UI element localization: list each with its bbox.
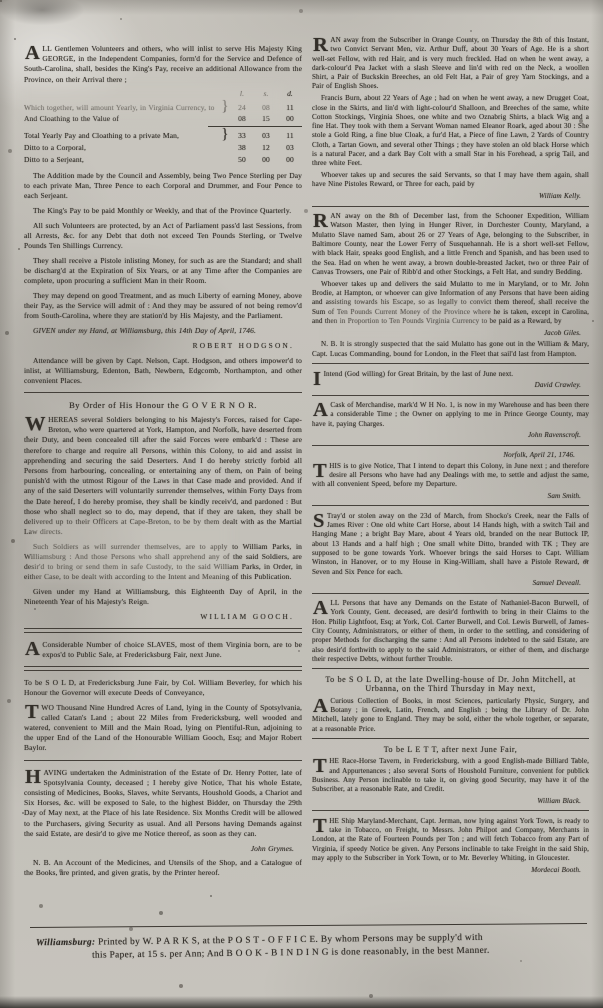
pay-amount-d: 00: [278, 114, 302, 124]
section-divider: [312, 445, 589, 446]
section-divider: [312, 593, 589, 594]
drop-cap: S: [312, 512, 327, 529]
drop-cap: A: [24, 640, 42, 657]
ad-text: All such Volunteers are protected, by an…: [24, 221, 302, 250]
drop-cap: H: [24, 768, 44, 785]
signature: William Black.: [312, 797, 589, 806]
pay-table-label: Which together, will amount Yearly, in V…: [24, 103, 220, 113]
ad-text: LL Gentlemen Volunteers and others, who …: [24, 44, 302, 84]
ad-text: Sam Smith.: [548, 492, 581, 500]
ad-text: Norfolk, April 21, 1746.: [503, 451, 575, 459]
ad-text: Intend (God willing) for Great Britain, …: [324, 370, 514, 378]
ad-text: AN away from the Subscriber in Orange Co…: [312, 36, 589, 90]
ad-text: Whoever takes up and delivers the said M…: [312, 280, 589, 325]
ad-text: WO Thousand Nine Hundred Acres of Land, …: [24, 703, 302, 753]
ad-text: Curious Collection of Books, in most Sci…: [312, 697, 589, 733]
drop-cap: A: [312, 401, 330, 418]
ad-text: Francis Burn, about 22 Years of Age ; ha…: [312, 94, 589, 167]
pay-amount-d: 11: [278, 103, 302, 113]
section-divider: [24, 760, 302, 761]
imprint: Williamsburg: Printed by W. P A R K S, a…: [22, 931, 588, 963]
ad-paragraph: The Addition made by the Council and Ass…: [24, 171, 302, 202]
ad-paragraph: They may depend on good Treatment, and a…: [24, 291, 302, 322]
signature: Jacob Giles.: [312, 329, 589, 338]
section-divider: [24, 392, 302, 393]
ad-text: Jacob Giles.: [544, 329, 581, 337]
signature: John Grymes.: [24, 844, 302, 854]
ad-text: N. B. It is strongly suspected that the …: [312, 340, 589, 357]
signature: Mordecai Booth.: [312, 866, 589, 875]
ad-text: N. B. An Account of the Medicines, and U…: [24, 858, 302, 877]
drop-cap: A: [312, 697, 330, 714]
ad-text: HE Ship Maryland-Merchant, Capt. Jerman,…: [312, 817, 589, 862]
brace-glyph: }: [220, 129, 230, 139]
ad-paragraph: A Curious Collection of Books, in most S…: [312, 697, 589, 734]
ad-text: Whoever takes up and secures the said Se…: [312, 171, 589, 188]
ad-text: Samuel Deveall.: [533, 579, 581, 587]
signature: ROBERT HODGSON.: [24, 341, 302, 351]
ad-text: ROBERT HODGSON.: [193, 341, 294, 350]
ad-paragraph: I Intend (God willing) for Great Britain…: [312, 370, 589, 379]
drop-cap: A: [24, 44, 42, 61]
ad-paragraph: Whoever takes up and delivers the said M…: [312, 280, 589, 326]
ad-text: Cask of Merchandise, mark'd W H No. 1, i…: [312, 401, 589, 428]
ad-text: HIS is to give Notice, That I intend to …: [312, 462, 589, 489]
ad-paragraph: A Cask of Merchandise, mark'd W H No. 1,…: [312, 401, 589, 429]
pay-amount-s: 15: [254, 114, 278, 124]
ad-text: The Addition made by the Council and Ass…: [24, 171, 302, 200]
ad-paragraph: To be S O L D, at Fredericksburg June Fa…: [24, 678, 302, 698]
scanned-newspaper-page: ALL Gentlemen Volunteers and others, who…: [0, 0, 603, 1008]
pay-table-row: And Cloathing to the Value of081500: [24, 114, 302, 124]
ad-paragraph: RAN away on the 8th of December last, fr…: [312, 212, 589, 277]
ad-text: To be S O L D, at Fredericksburg June Fa…: [24, 678, 302, 697]
ad-text: Mordecai Booth.: [531, 866, 581, 874]
brace-glyph: }: [220, 101, 230, 111]
pay-table-label: Ditto to a Corporal,: [24, 143, 220, 153]
ad-paragraph: They shall receive a Pistole inlisting M…: [24, 256, 302, 287]
column-left: ALL Gentlemen Volunteers and others, who…: [24, 44, 302, 928]
ad-paragraph: N. B. An Account of the Medicines, and U…: [24, 858, 302, 878]
ad-paragraph: Whoever takes up and secures the said Se…: [312, 171, 589, 190]
ad-paragraph: TWO Thousand Nine Hundred Acres of Land,…: [24, 703, 302, 754]
unit-label: s.: [254, 89, 278, 99]
ad-text: William Kelly.: [539, 192, 581, 200]
ad-paragraph: ALL Gentlemen Volunteers and others, who…: [24, 44, 302, 85]
drop-cap: T: [312, 817, 329, 834]
imprint-city: Williamsburg:: [36, 938, 96, 949]
ad-text: They shall receive a Pistole inlisting M…: [24, 256, 302, 285]
pay-amount-l: 24: [230, 103, 254, 113]
ad-paragraph: A Considerable Number of choice SLAVES, …: [24, 640, 302, 660]
section-divider: [312, 810, 589, 811]
ad-text: To be S O L D, at the late Dwelling-hous…: [325, 675, 575, 693]
ad-text: They may depend on good Treatment, and a…: [24, 291, 302, 320]
ad-text: By Order of His Honour the G O V E R N O…: [69, 400, 257, 410]
pay-amount-l: 08: [230, 114, 254, 124]
ad-text: John Ravenscroft.: [528, 431, 581, 439]
pay-amount-s: 12: [254, 143, 278, 153]
pay-table-label: And Cloathing to the Value of: [24, 114, 220, 124]
ad-text: GIVEN under my Hand, at Williamsburg, th…: [33, 326, 256, 335]
drop-cap: A: [312, 599, 330, 616]
pay-amount-l: 33: [230, 131, 254, 141]
pay-table-row: Total Yearly Pay and Cloathing to a priv…: [24, 129, 302, 141]
ad-paragraph: All such Volunteers are protected, by an…: [24, 221, 302, 252]
pay-amount-l: 38: [230, 143, 254, 153]
ad-text: Considerable Number of choice SLAVES, mo…: [42, 640, 302, 659]
section-divider: [312, 363, 589, 364]
signature: Sam Smith.: [312, 492, 589, 501]
drop-cap: T: [312, 462, 329, 479]
pay-table: l.s.d.Which together, will amount Yearly…: [24, 89, 302, 165]
pay-amount-d: 03: [278, 143, 302, 153]
ad-paragraph: HAVING undertaken the Administration of …: [24, 768, 302, 839]
ad-paragraph: Such Soldiers as will surrender themselv…: [24, 542, 302, 583]
ad-paragraph: The King's Pay to be paid Monthly or Wee…: [24, 206, 302, 216]
ad-paragraph: THE Race-Horse Tavern, in Fredericksburg…: [312, 757, 589, 794]
ad-paragraph: GIVEN under my Hand, at Williamsburg, th…: [24, 326, 302, 336]
ad-heading: By Order of His Honour the G O V E R N O…: [24, 400, 302, 410]
drop-cap: T: [24, 703, 41, 720]
pay-table-unit-header: l.s.d.: [24, 89, 302, 99]
section-divider: [312, 395, 589, 396]
ad-text: AN away on the 8th of December last, fro…: [312, 212, 589, 276]
ad-text: WILLIAM GOOCH.: [200, 612, 294, 621]
pay-amount-d: 00: [278, 155, 302, 165]
drop-cap: T: [312, 757, 329, 774]
section-divider: [312, 206, 589, 207]
ad-paragraph: ALL Persons that have any Demands on the…: [312, 599, 589, 664]
ad-text: The King's Pay to be paid Monthly or Wee…: [33, 206, 291, 215]
column-right: RAN away from the Subscriber in Orange C…: [312, 36, 589, 920]
section-divider: [312, 738, 589, 739]
ad-text: John Grymes.: [251, 844, 294, 853]
ad-heading: To be L E T T, after next June Fair,: [312, 745, 589, 754]
pay-table-label: Ditto to a Serjeant,: [24, 155, 220, 165]
section-divider: [24, 666, 302, 671]
unit-label: d.: [278, 89, 302, 99]
signature: WILLIAM GOOCH.: [24, 612, 302, 622]
drop-cap: I: [312, 370, 324, 387]
ad-text: Such Soldiers as will surrender themselv…: [24, 542, 302, 582]
ad-text: David Crawley.: [535, 381, 581, 389]
ad-paragraph: WHEREAS several Soldiers belonging to hi…: [24, 415, 302, 537]
pay-amount-s: 08: [254, 103, 278, 113]
ad-text: LL Persons that have any Demands on the …: [312, 599, 589, 663]
ad-text: HE Race-Horse Tavern, in Fredericksburg,…: [312, 757, 589, 793]
ad-paragraph: THIS is to give Notice, That I intend to…: [312, 462, 589, 490]
pay-amount-l: 50: [230, 155, 254, 165]
ad-paragraph: THE Ship Maryland-Merchant, Capt. Jerman…: [312, 817, 589, 863]
ad-paragraph: STray'd or stolen away on the 23d of Mar…: [312, 512, 589, 577]
ad-paragraph: N. B. It is strongly suspected that the …: [312, 340, 589, 359]
ad-text: Tray'd or stolen away on the 23d of Marc…: [312, 512, 589, 576]
signature: John Ravenscroft.: [312, 431, 589, 440]
ad-paragraph: RAN away from the Subscriber in Orange C…: [312, 36, 589, 92]
pay-amount-d: 11: [278, 131, 302, 141]
unit-label: l.: [230, 89, 254, 99]
signature: David Crawley.: [312, 381, 589, 390]
pay-table-label: Total Yearly Pay and Cloathing to a priv…: [24, 131, 220, 141]
ad-text: Attendance will be given by Capt. Nelson…: [24, 356, 302, 385]
drop-cap: R: [312, 36, 330, 53]
ad-heading: To be S O L D, at the late Dwelling-hous…: [312, 675, 589, 694]
drop-cap: R: [312, 212, 330, 229]
section-divider: [312, 505, 589, 506]
dateline: Norfolk, April 21, 1746.: [312, 451, 589, 460]
pay-table-row: Ditto to a Serjeant,500000: [24, 155, 302, 165]
ad-text: Given under my Hand at Williamsburg, thi…: [24, 587, 302, 606]
section-divider: [312, 668, 589, 669]
ad-text: HEREAS several Soldiers belonging to his…: [24, 415, 302, 536]
ad-paragraph: Attendance will be given by Capt. Nelson…: [24, 356, 302, 387]
pay-amount-s: 00: [254, 155, 278, 165]
drop-cap: W: [24, 415, 48, 432]
scan-specks: [0, 0, 2, 2]
signature: Samuel Deveall.: [312, 579, 589, 588]
pay-table-row: Which together, will amount Yearly, in V…: [24, 101, 302, 113]
pay-amount-s: 03: [254, 131, 278, 141]
signature: William Kelly.: [312, 192, 589, 201]
ad-text: AVING undertaken the Administration of t…: [24, 768, 302, 838]
pay-table-row: Ditto to a Corporal,381203: [24, 143, 302, 153]
ad-text: To be L E T T, after next June Fair,: [384, 745, 518, 754]
ad-paragraph: Francis Burn, about 22 Years of Age ; ha…: [312, 94, 589, 168]
section-divider: [24, 628, 302, 633]
ad-paragraph: Given under my Hand at Williamsburg, thi…: [24, 587, 302, 607]
ad-text: William Black.: [537, 797, 581, 805]
